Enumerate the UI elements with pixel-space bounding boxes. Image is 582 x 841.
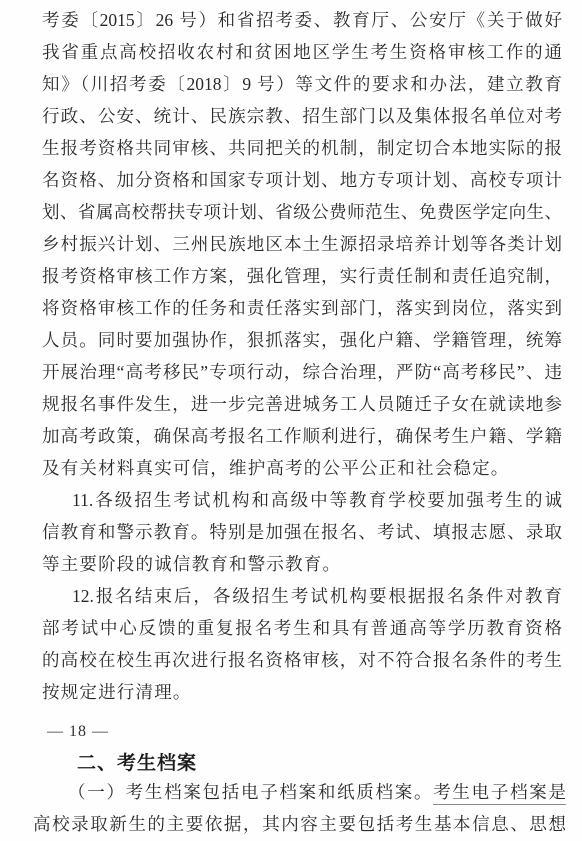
paragraph-last-line: 及有关材料真实可信，维护高考的公平公正和社会稳定。 xyxy=(42,452,562,484)
underlined-phrase: 考生电子档案是 xyxy=(433,782,566,805)
main-text-block: 考委〔2015〕26 号）和省招考委、教育厅、公安厅《关于做好 我省重点高校招收… xyxy=(42,4,562,708)
body-line: 生报考资格共同审核、共同把关的机制，制定切合本地实际的报 xyxy=(42,132,562,164)
body-line: 划、省属高校帮扶专项计划、省级公费师范生、免费医学定向生、 xyxy=(42,196,562,228)
body-line: 报考资格审核工作方案，强化管理，实行责任制和责任追究制， xyxy=(42,260,562,292)
body-line: 行政、公安、统计、民族宗教、招生部门以及集体报名单位对考 xyxy=(42,100,562,132)
paragraph-last-line: 按规定进行清理。 xyxy=(42,676,562,708)
body-line: 开展治理“高考移民”专项行动，综合治理，严防“高考移民”、违 xyxy=(42,356,562,388)
document-page: 考委〔2015〕26 号）和省招考委、教育厅、公安厅《关于做好 我省重点高校招收… xyxy=(0,0,582,841)
paragraph-last-line: 等主要阶段的诚信教育和警示教育。 xyxy=(42,548,562,580)
body-line: 将资格审核工作的任务和责任落实到部门，落实到岗位，落实到 xyxy=(42,292,562,324)
item-12-first-line: 12.报名结束后，各级招生考试机构要根据报名条件对教育 xyxy=(42,580,562,612)
body-line: 我省重点高校招收农村和贫困地区学生考生资格审核工作的通 xyxy=(42,36,562,68)
body-line: 乡村振兴计划、三州民族地区本土生源招录培养计划等各类计划 xyxy=(42,228,562,260)
body-line: 人员。同时要加强协作，狠抓落实，强化户籍、学籍管理，统筹 xyxy=(42,324,562,356)
body-line: 考委〔2015〕26 号）和省招考委、教育厅、公安厅《关于做好 xyxy=(42,4,562,36)
bottom-text-block: （一）考生档案包括电子档案和纸质档案。考生电子档案是 高校录取新生的主要依据，其… xyxy=(33,776,566,840)
body-line: 部考试中心反馈的重复报名考生和具有普通高等学历教育资格 xyxy=(42,612,562,644)
body-line: 规报名事件发生，进一步完善进城务工人员随迁子女在就读地参 xyxy=(42,388,562,420)
body-line: 信教育和警示教育。特别是加强在报名、考试、填报志愿、录取 xyxy=(42,516,562,548)
body-line: 名资格、加分资格和国家专项计划、地方专项计划、高校专项计 xyxy=(42,164,562,196)
paragraph-lead-text: （一）考生档案包括电子档案和纸质档案。 xyxy=(68,782,433,802)
page-number: — 18 — xyxy=(47,723,109,741)
item-11-first-line: 11.各级招生考试机构和高级中等教育学校要加强考生的诚 xyxy=(42,484,562,516)
body-line: 的高校在校生再次进行报名资格审核，对不符合报名条件的考生 xyxy=(42,644,562,676)
section-heading: 二、考生档案 xyxy=(77,748,197,775)
body-line: 高校录取新生的主要依据，其内容主要包括考生基本信息、思想 xyxy=(33,808,566,840)
body-line: 加高考政策，确保高考报名工作顺利进行，确保考生户籍、学籍 xyxy=(42,420,562,452)
body-line: （一）考生档案包括电子档案和纸质档案。考生电子档案是 xyxy=(33,776,566,808)
body-line: 知》（川招考委〔2018〕9 号）等文件的要求和办法，建立教育 xyxy=(42,68,562,100)
